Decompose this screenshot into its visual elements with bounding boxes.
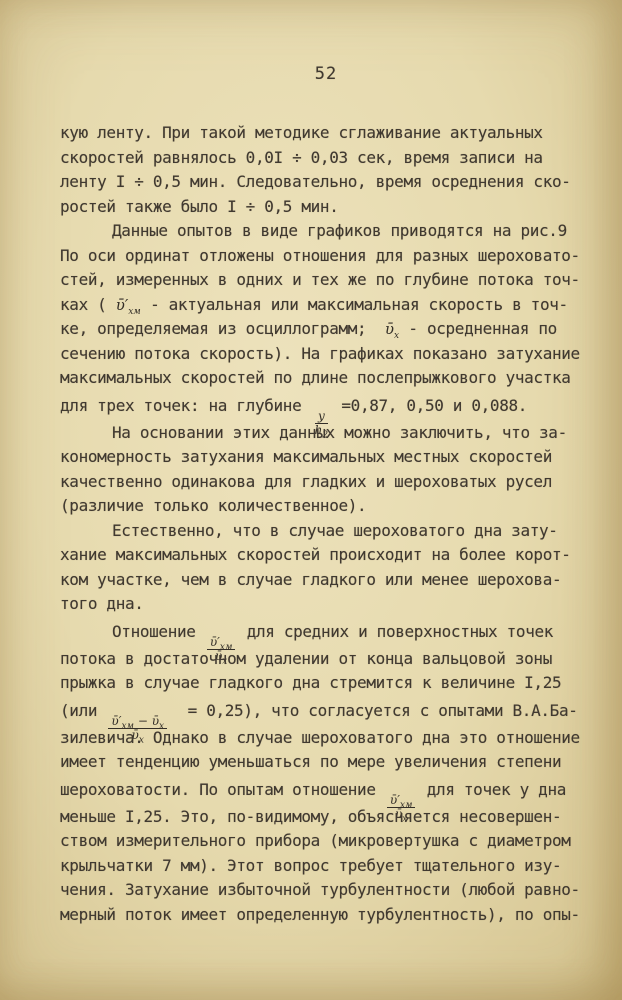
paragraph: Отношение ῡ′хмῡх для средних и поверхнос… [60,617,606,928]
paragraph: Естественно, что в случае шероховатого д… [60,519,606,617]
text-line: ством измерительного прибора (микроверту… [60,829,606,854]
symbol-subscript: хм [128,307,141,317]
typewritten-text: ке, определяемая из осциллограмм; [60,319,385,338]
text-line: кономерность затухания максимальных мест… [60,445,606,470]
text-line: ках ( ῡ′хм - актуальная или максимальная… [60,293,606,318]
text-line: того дна. [60,592,606,617]
text-line: крыльчатки 7 мм). Этот вопрос требует тщ… [60,854,606,879]
typewritten-text: шероховатости. По опытам отношение [60,780,385,799]
typewritten-text: кономерность затухания максимальных мест… [60,447,552,466]
text-line: ленту I ÷ 0,5 мин. Следовательно, время … [60,170,606,195]
typewritten-text: зилевича. Однако в случае шероховатого д… [60,728,580,747]
text-line: (различие только количественное). [60,494,606,519]
typewritten-text: чения. Затухание избыточной турбулентнос… [60,880,580,899]
typewritten-text: - актуальная или максимальная скорость в… [141,295,568,314]
page-text: кую ленту. При такой методике сглаживани… [60,121,606,927]
page-number: 52 [60,64,592,84]
typewritten-text: крыльчатки 7 мм). Этот вопрос требует тщ… [60,856,561,875]
text-line: максимальных скоростей по длине послепры… [60,366,606,391]
scanned-document-page: 52 кую ленту. При такой методике сглажив… [0,0,622,1000]
typewritten-text: меньше I,25. Это, по-видимому, объясняет… [60,807,561,826]
typewritten-text: для точек у дна [417,780,566,799]
typewritten-text: (различие только количественное). [60,496,366,515]
typewritten-text: Данные опытов в виде графиков приводятся… [112,221,567,240]
text-line: прыжка в случае гладкого дна стремится к… [60,671,606,696]
typewritten-text: того дна. [60,594,144,613]
text-line: сечению потока скорость). На графиках по… [60,342,606,367]
typewritten-text: ством измерительного прибора (микроверту… [60,831,571,850]
typewritten-text: для средних и поверхностных точек [237,622,553,641]
text-line: (или ῡ′хм − ῡхῡх = 0,25), что согласуетс… [60,696,606,726]
text-line: кую ленту. При такой методике сглаживани… [60,121,606,146]
symbol-base: ῡ′ [116,296,129,314]
text-line: По оси ординат отложены отношения для ра… [60,244,606,269]
text-line: ке, определяемая из осциллограмм; ῡх - о… [60,317,606,342]
typewritten-text: ком участке, чем в случае гладкого или м… [60,570,561,589]
text-line: Данные опытов в виде графиков приводятся… [60,219,606,244]
symbol-base: ῡ [385,320,394,338]
typewritten-text: качественно одинакова для гладких и шеро… [60,472,552,491]
typewritten-text: ленту I ÷ 0,5 мин. Следовательно, время … [60,172,571,191]
text-line: стей, измеренных в одних и тех же по глу… [60,268,606,293]
text-line: для трех точек: на глубине yh2 =0,87, 0,… [60,391,606,421]
typewritten-text: По оси ординат отложены отношения для ра… [60,246,580,265]
text-line: чения. Затухание избыточной турбулентнос… [60,878,606,903]
typewritten-text: =0,87, 0,50 и 0,088. [332,396,527,415]
text-line: мерный поток имеет определенную турбулен… [60,903,606,928]
text-line: хание максимальных скоростей происходит … [60,543,606,568]
text-line: имеет тенденцию уменьшаться по мере увел… [60,750,606,775]
text-line: ростей также было I ÷ 0,5 мин. [60,195,606,220]
text-line: На основании этих данных можно заключить… [60,421,606,446]
typewritten-text: скоростей равнялось 0,0I ÷ 0,03 сек, вре… [60,148,543,167]
typewritten-text: (или [60,701,106,720]
typewritten-text: имеет тенденцию уменьшаться по мере увел… [60,752,561,771]
typewritten-text: максимальных скоростей по длине послепры… [60,368,571,387]
typewritten-text: мерный поток имеет определенную турбулен… [60,905,580,924]
text-line: шероховатости. По опытам отношение ῡ′хмῡ… [60,775,606,805]
typewritten-text: Естественно, что в случае шероховатого д… [112,521,558,540]
velocity-symbol: ῡх [385,320,399,338]
paragraph: На основании этих данных можно заключить… [60,421,606,519]
text-line: ком участке, чем в случае гладкого или м… [60,568,606,593]
text-line: качественно одинакова для гладких и шеро… [60,470,606,495]
typewritten-text: ростей также было I ÷ 0,5 мин. [60,197,339,216]
typewritten-text: - осредненная по [399,319,557,338]
typewritten-text: = 0,25), что согласуется с опытами В.А.Б… [169,701,577,720]
text-line: меньше I,25. Это, по-видимому, объясняет… [60,805,606,830]
typewritten-text: прыжка в случае гладкого дна стремится к… [60,673,561,692]
text-line: Естественно, что в случае шероховатого д… [60,519,606,544]
typewritten-text: потока в достаточном удалении от конца в… [60,649,552,668]
text-line: скоростей равнялось 0,0I ÷ 0,03 сек, вре… [60,146,606,171]
text-line: потока в достаточном удалении от конца в… [60,647,606,672]
paragraph: Данные опытов в виде графиков приводятся… [60,219,606,421]
typewritten-text: На основании этих данных можно заключить… [112,423,567,442]
paragraph: кую ленту. При такой методике сглаживани… [60,121,606,219]
text-line: Отношение ῡ′хмῡх для средних и поверхнос… [60,617,606,647]
typewritten-text: стей, измеренных в одних и тех же по глу… [60,270,580,289]
velocity-symbol: ῡ′хм [116,296,141,314]
typewritten-text: кую ленту. При такой методике сглаживани… [60,123,543,142]
typewritten-text: Отношение [112,622,205,641]
typewritten-text: ках ( [60,295,116,314]
typewritten-text: сечению потока скорость). На графиках по… [60,344,580,363]
text-line: зилевича. Однако в случае шероховатого д… [60,726,606,751]
typewritten-text: для трех точек: на глубине [60,396,311,415]
typewritten-text: хание максимальных скоростей происходит … [60,545,571,564]
